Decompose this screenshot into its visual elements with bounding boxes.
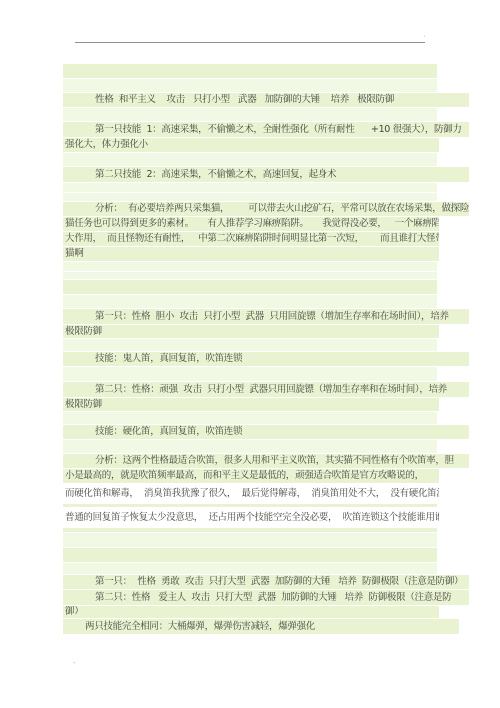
spacer-band [63, 412, 437, 424]
section-2-heading: 2.奶妈猫2只连锁 [63, 280, 437, 294]
line-s2-analysis-3: 而硬化笛和解毒， 消臭笛我犹豫了很久， 最后觉得解毒， 消臭笛用处不大， 没有硬… [63, 487, 439, 501]
photo-artifact-mark: · [421, 33, 427, 41]
spacer-band [63, 79, 437, 92]
section-3-heading: 3.极限爆弹输出猫2只 [63, 548, 437, 562]
line-s2-analysis-2: 小是最高的，就是吹笛频率最高，而和平主义是最低的，顽强适合吹笛是官方攻略说的， [63, 469, 439, 483]
line-s1-analysis-4: 猫啊 [63, 247, 439, 261]
spacer-band [63, 533, 437, 547]
line-s1-skill1-1: 第一只技能 1：高速采集，不偷懒之术，全耐性强化（所有耐性 +10 很强大），防… [63, 122, 469, 137]
spacer-band [63, 295, 437, 308]
line-s2-cat1-1: 第一只：性格 胆小 攻击 只打小型 武器 只用回旋镖（增加生存率和在场时间），培… [63, 309, 469, 324]
line-s1-analysis-2: 猫任务也可以得到更多的素材。 有人推荐学习麻痹陷阱。 我觉得没必要， 一个麻痹陷… [63, 217, 439, 231]
spacer-band [63, 262, 437, 271]
line-s1-skill1-2: 强化大，体力强化小 [63, 138, 439, 152]
line-s2-skills1: 技能：鬼人笛，真回复笛，吹笛连锁 [63, 352, 469, 366]
line-s1-analysis-3: 大作用， 而且怪物还有耐性， 中第二次麻痹陷阱时间明显比第一次短， 而且谁打大怪… [63, 232, 439, 246]
spacer-band [63, 183, 437, 192]
spacer-band [63, 272, 437, 279]
document-page: · - 1.采集猫2只 性格 和平主义 攻击 只打小型 武器 加防御的大锤 培养… [0, 0, 500, 708]
spacer-band [63, 108, 437, 121]
line-s2-cat1-2: 极限防御 [63, 325, 439, 338]
thin-highlight-stripe [63, 528, 437, 532]
line-s2-analysis-1: 分析：这两个性格最适合吹笛，很多人用和平主义吹笛，其实猫不同性格有个吹笛率，胆 [63, 454, 469, 468]
section-1-heading: 1.采集猫2只 [63, 64, 437, 78]
line-s3-skills: 两只技能完全相同：大桶爆弹，爆弹伤害减轻，爆弹强化 [63, 619, 459, 634]
line-s2-cat2-1: 第二只：性格：顽强 攻击 只打小型 武器只用回旋镖（增加生存率和在场时间），培养 [63, 382, 469, 397]
spacer-band [63, 153, 437, 166]
top-rule [75, 42, 425, 43]
spacer-band [63, 563, 437, 574]
photo-artifact-mark: - [73, 659, 76, 667]
line-s3-cat1: 第一只： 性格 勇敢 攻击 只打大型 武器 加防御的大锤 培养 防御极限（注意是… [63, 575, 469, 589]
line-s2-analysis-4: 普通的回复笛子恢复太少没意思， 还占用两个技能空完全没必要， 吹笛连锁这个技能谁… [63, 511, 439, 525]
line-s1-analysis-1: 分析： 有必要培养两只采集猫， 可以带去火山挖矿石，平常可以放在农场采集，做探险 [63, 202, 469, 216]
spacer-band [63, 193, 437, 201]
spacer-band [63, 367, 437, 381]
line-s2-cat2-2: 极限防御 [63, 398, 439, 411]
line-s3-cat2-2: 御） [63, 606, 439, 618]
thin-highlight-stripe [63, 504, 437, 507]
spacer-band [63, 339, 437, 351]
line-s1-skill2: 第二只技能 2：高速采集，不偷懒之术，高速回复，起身术 [63, 167, 469, 182]
line-s3-cat2-1: 第二只：性格 爱主人 攻击 只打大型 武器 加防御的大锤 培养 防御极限（注意是… [63, 590, 469, 605]
spacer-band [63, 440, 437, 453]
line-s1-attributes: 性格 和平主义 攻击 只打小型 武器 加防御的大锤 培养 极限防御 [63, 93, 469, 107]
line-s2-skills2: 技能：硬化笛，真回复笛，吹笛连锁 [63, 425, 469, 439]
